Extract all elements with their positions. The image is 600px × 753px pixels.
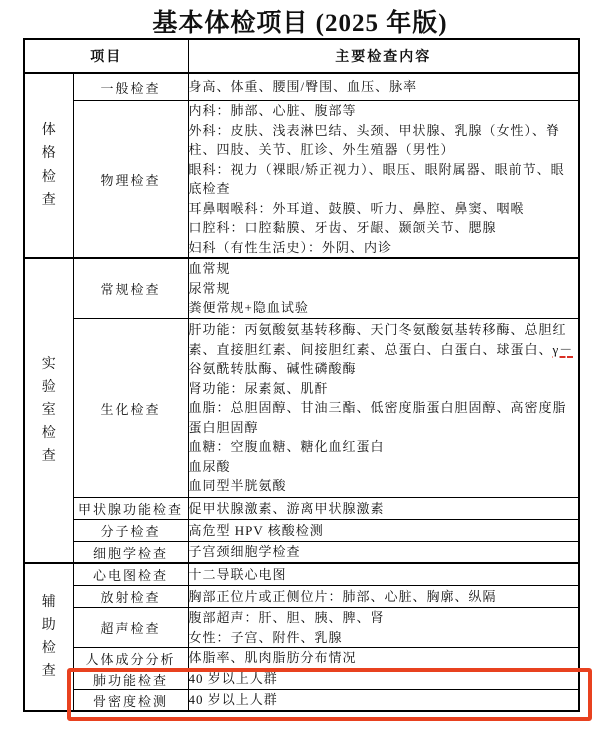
content-cell-routine-check: 血常规 尿常规 粪便常规+隐血试验 (188, 258, 579, 319)
table-row: 生化检查 肝功能：丙氨酸氨基转移酶、天门冬氨酸氨基转移酶、总胆红素、直接胆红素、… (24, 319, 579, 498)
liver-function-line: 肝功能：丙氨酸氨基转移酶、天门冬氨酸氨基转移酶、总胆红素、直接胆红素、间接胆红素… (189, 320, 579, 379)
table-row: 物理检查 内科：肺部、心脏、腹部等 外科：皮肤、浅表淋巴结、头颈、甲状腺、乳腺（… (24, 101, 579, 259)
content-cell-cytology-check: 子宫颈细胞学检查 (188, 542, 579, 564)
item-cell-ultrasound-check: 超声检查 (73, 608, 188, 648)
table-row: 肺功能检查 40 岁以上人群 (24, 669, 579, 690)
content-cell-physical-check: 内科：肺部、心脏、腹部等 外科：皮肤、浅表淋巴结、头颈、甲状腺、乳腺（女性）、脊… (188, 101, 579, 259)
section-label-laboratory-exam: 实验室检查 (24, 258, 73, 563)
table-header-row: 项目 主要检查内容 (24, 39, 579, 73)
item-cell-molecular-check: 分子检查 (73, 520, 188, 542)
item-cell-ecg-check: 心电图检查 (73, 563, 188, 586)
table-row: 甲状腺功能检查 促甲状腺激素、游离甲状腺激素 (24, 498, 579, 520)
exam-items-table: 项目 主要检查内容 体格检查 一般检查 身高、体重、腰围/臀围、血压、脉率 物理… (23, 38, 580, 712)
content-cell-biochemistry-check: 肝功能：丙氨酸氨基转移酶、天门冬氨酸氨基转移酶、总胆红素、直接胆红素、间接胆红素… (188, 319, 579, 498)
table-row: 实验室检查 常规检查 血常规 尿常规 粪便常规+隐血试验 (24, 258, 579, 319)
section-label-auxiliary-exam: 辅助检查 (24, 563, 73, 711)
content-cell-thyroid-check: 促甲状腺激素、游离甲状腺激素 (188, 498, 579, 520)
content-cell-general-check: 身高、体重、腰围/臀围、血压、脉率 (188, 73, 579, 101)
content-cell-radiology-check: 胸部正位片或正侧位片：肺部、心脏、胸廓、纵隔 (188, 586, 579, 608)
liver-function-text: 肝功能：丙氨酸氨基转移酶、天门冬氨酸氨基转移酶、总胆红素、直接胆红素、间接胆红素… (189, 322, 567, 357)
item-cell-biochemistry-check: 生化检查 (73, 319, 188, 498)
item-cell-cytology-check: 细胞学检查 (73, 542, 188, 564)
item-cell-lung-function: 肺功能检查 (73, 669, 188, 690)
table-row: 超声检查 腹部超声：肝、胆、胰、脾、肾 女性：子宫、附件、乳腺 (24, 608, 579, 648)
content-cell-molecular-check: 高危型 HPV 核酸检测 (188, 520, 579, 542)
section-label-text: 实验室检查 (41, 353, 56, 468)
section-label-text: 辅助检查 (41, 591, 56, 683)
item-cell-body-composition: 人体成分分析 (73, 648, 188, 669)
section-label-text: 体格检查 (41, 119, 56, 211)
section-label-physical-exam: 体格检查 (24, 73, 73, 258)
item-cell-radiology-check: 放射检查 (73, 586, 188, 608)
content-cell-bone-density: 40 岁以上人群 (188, 690, 579, 712)
page-title: 基本体检项目 (2025 年版) (0, 3, 600, 39)
item-cell-routine-check: 常规检查 (73, 258, 188, 319)
table-row: 分子检查 高危型 HPV 核酸检测 (24, 520, 579, 542)
table-row: 人体成分分析 体脂率、肌肉脂肪分布情况 (24, 648, 579, 669)
header-cell-items: 项目 (24, 39, 188, 73)
content-cell-ecg-check: 十二导联心电图 (188, 563, 579, 586)
content-cell-lung-function: 40 岁以上人群 (188, 669, 579, 690)
table-row: 骨密度检测 40 岁以上人群 (24, 690, 579, 712)
table-row: 辅助检查 心电图检查 十二导联心电图 (24, 563, 579, 586)
document-page: 基本体检项目 (2025 年版) 项目 主要检查内容 体格检查 一般检查 身高、… (0, 0, 600, 753)
liver-function-text-tail: 谷氨酰转肽酶、碱性磷酸酶 (189, 361, 357, 376)
table-row: 放射检查 胸部正位片或正侧位片：肺部、心脏、胸廓、纵隔 (24, 586, 579, 608)
item-cell-bone-density: 骨密度检测 (73, 690, 188, 712)
item-cell-thyroid-check: 甲状腺功能检查 (73, 498, 188, 520)
item-cell-general-check: 一般检查 (73, 73, 188, 101)
content-cell-body-composition: 体脂率、肌肉脂肪分布情况 (188, 648, 579, 669)
biochemistry-other-lines: 肾功能：尿素氮、肌酐 血脂：总胆固醇、甘油三酯、低密度脂蛋白胆固醇、高密度脂蛋白… (189, 379, 579, 496)
header-cell-content: 主要检查内容 (188, 39, 579, 73)
table-row: 体格检查 一般检查 身高、体重、腰围/臀围、血压、脉率 (24, 73, 579, 101)
gamma-spellcheck-underline: γ－ (553, 342, 574, 357)
table-row: 细胞学检查 子宫颈细胞学检查 (24, 542, 579, 564)
content-cell-ultrasound-check: 腹部超声：肝、胆、胰、脾、肾 女性：子宫、附件、乳腺 (188, 608, 579, 648)
item-cell-physical-check: 物理检查 (73, 101, 188, 259)
